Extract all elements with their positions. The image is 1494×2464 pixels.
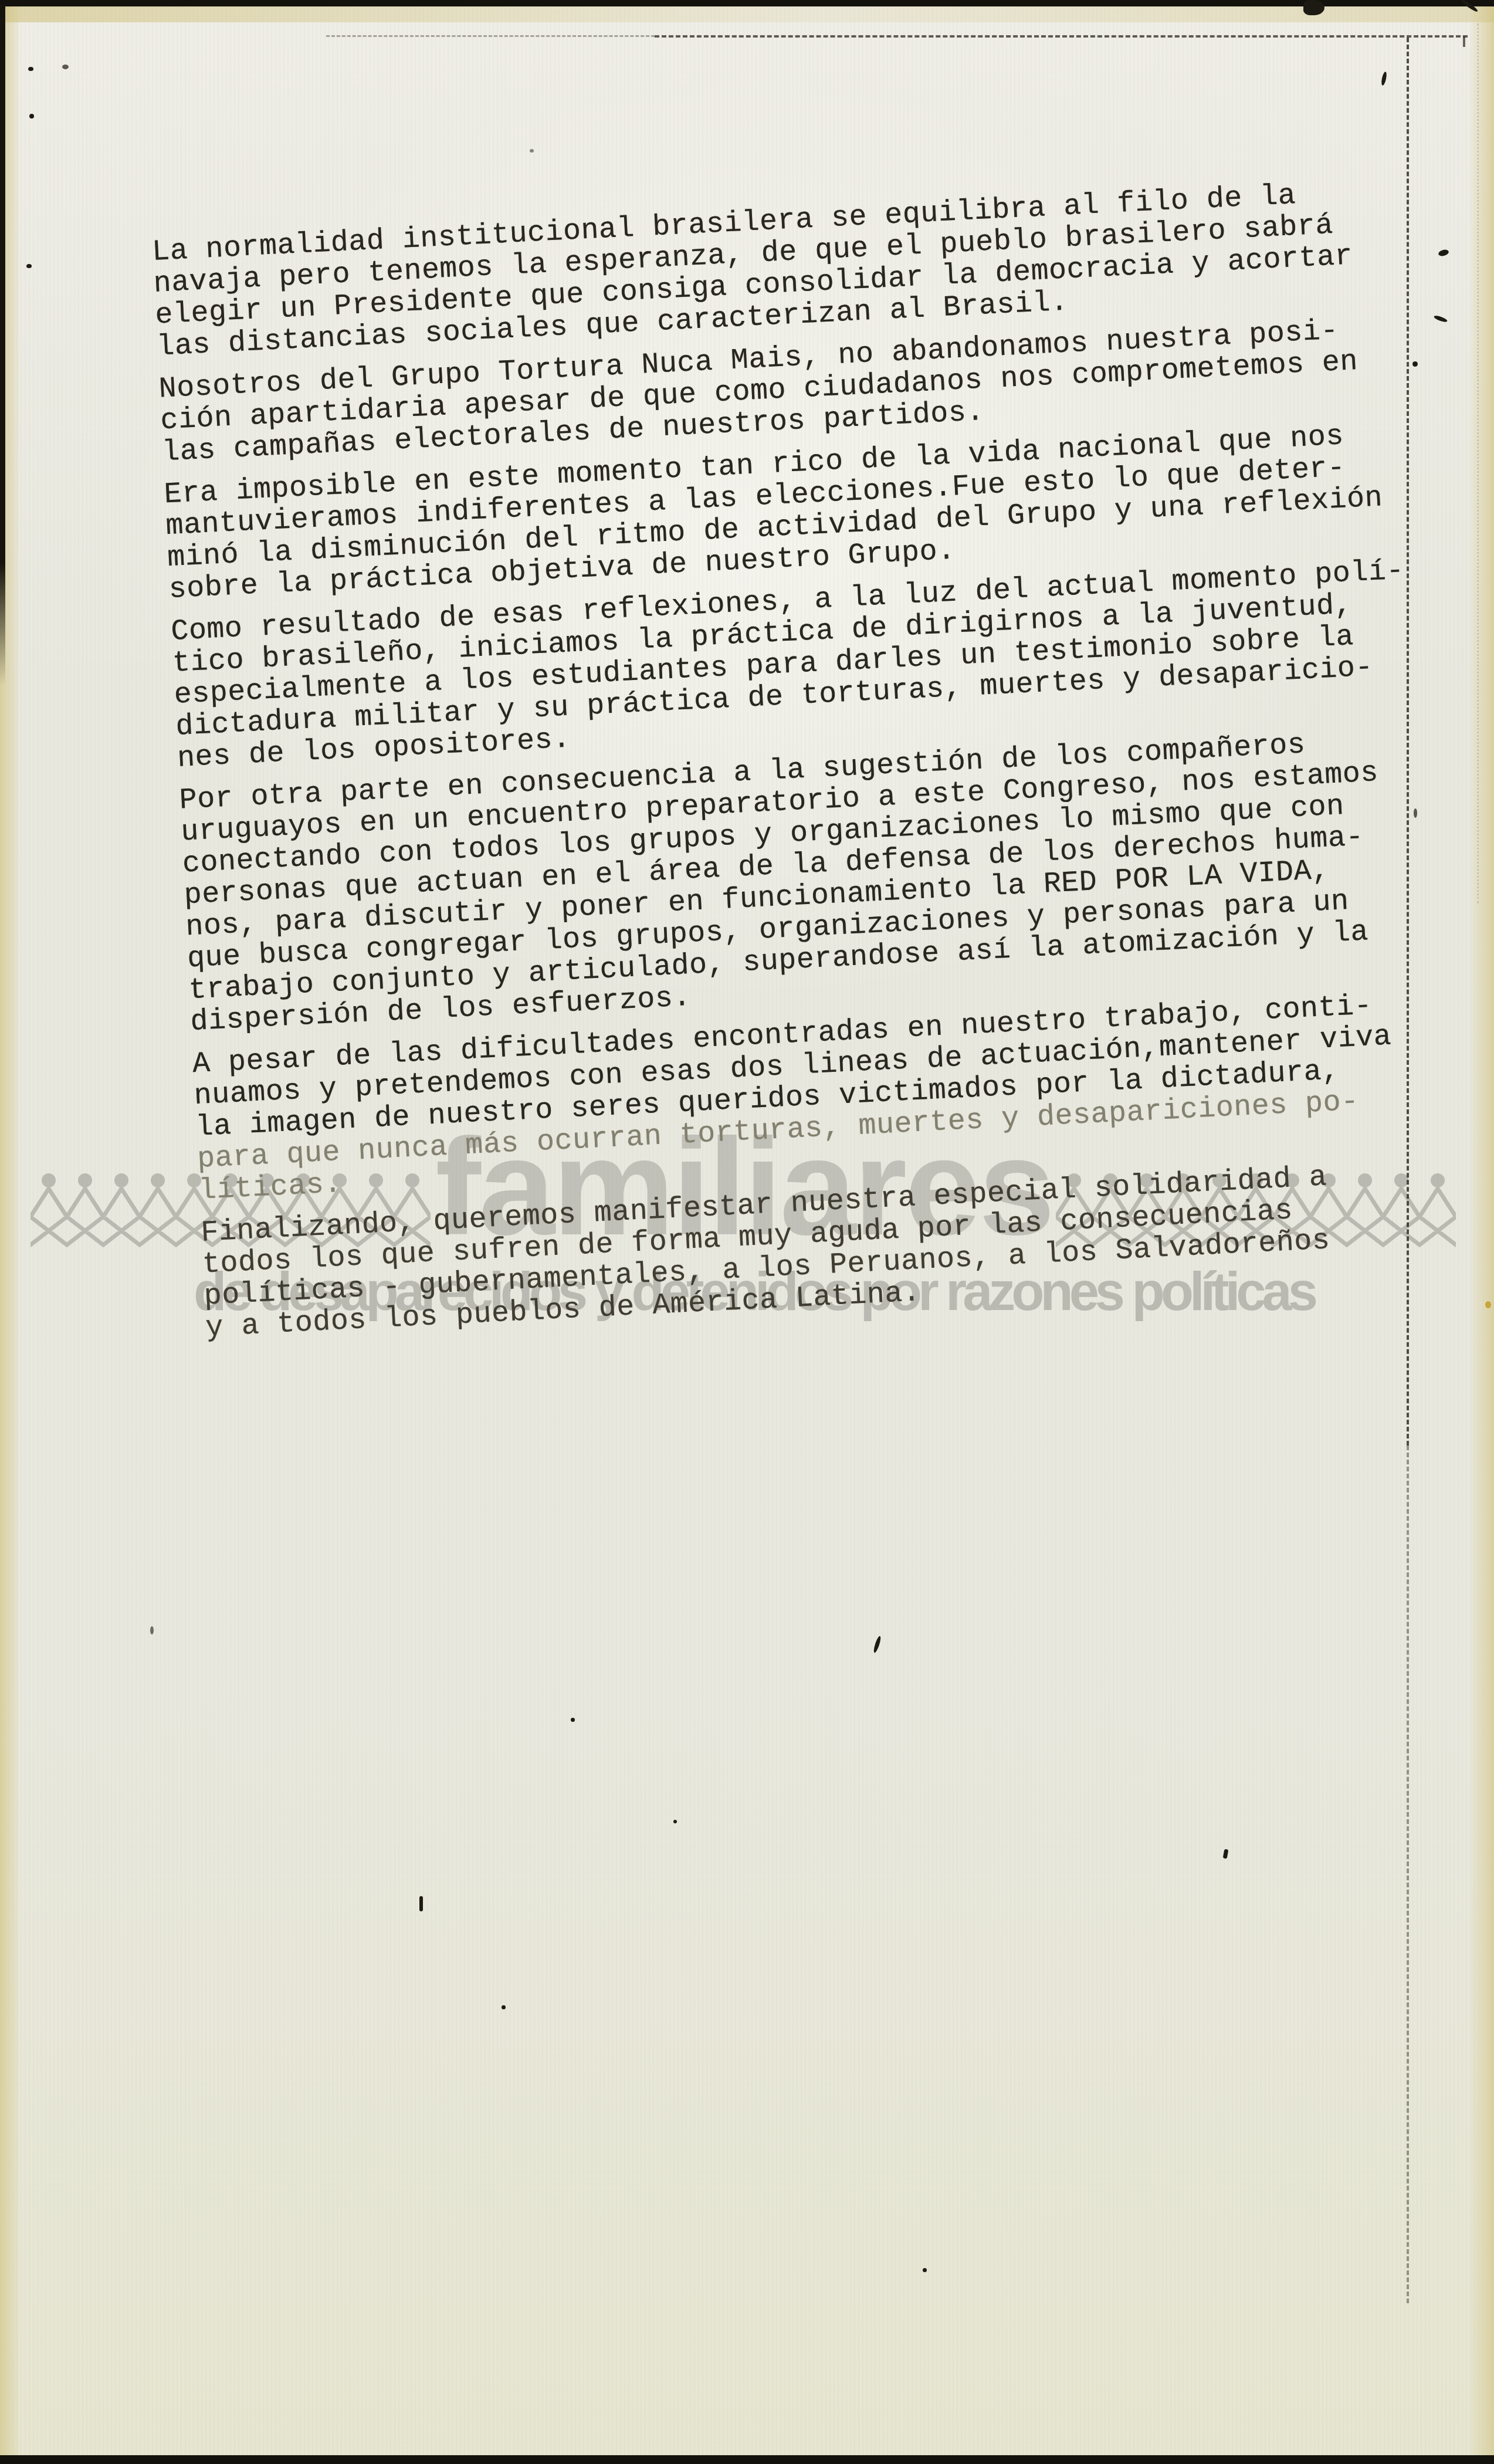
ink-speck [28, 67, 33, 71]
ink-speck [419, 1896, 423, 1911]
ink-speck [1414, 808, 1417, 818]
ink-speck [62, 65, 69, 69]
page-border-right-line [1407, 1446, 1409, 2303]
document-text: La normalidad institucional brasilera se… [151, 172, 1494, 1355]
scan-edge-top [0, 0, 1494, 6]
ink-speck [673, 1820, 677, 1823]
page-border-top-line [655, 35, 1468, 38]
ink-speck [26, 264, 32, 268]
ink-speck [530, 149, 534, 153]
page-border-top-line [326, 35, 655, 37]
ink-speck [571, 1718, 575, 1722]
page-border-right-line [1407, 38, 1409, 1446]
ink-speck [1223, 1849, 1229, 1859]
scan-edge-bottom [0, 2455, 1494, 2464]
ink-speck [1303, 0, 1324, 15]
ink-speck [873, 1636, 882, 1654]
scan-edge-left-black [0, 5, 5, 685]
ink-speck [1412, 361, 1418, 367]
scanned-document-page: familiares de desaparecidos y detenidos … [0, 0, 1494, 2464]
page-border-corner-hook [1463, 36, 1465, 47]
scan-edge-right [1471, 0, 1494, 2464]
ink-speck [923, 2268, 927, 2272]
ink-speck [502, 2005, 506, 2009]
ink-speck [150, 1626, 154, 1634]
paragraph: Por otra parte en consecuencia a la suge… [179, 720, 1494, 1038]
scan-edge-top-tint [0, 6, 1494, 22]
ink-speck [1485, 1301, 1491, 1308]
ink-speck [29, 114, 34, 119]
ink-speck [1381, 72, 1388, 86]
